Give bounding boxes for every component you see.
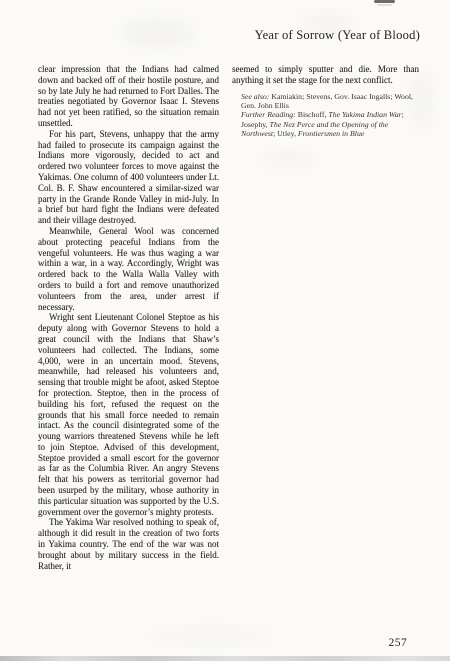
paragraph: Wright sent Lieutenant Colonel Steptoe a… xyxy=(38,312,219,517)
right-column-paragraphs: seemed to simply sputter and die. More t… xyxy=(232,64,419,86)
book-page-scan: Year of Sorrow (Year of Blood) clear imp… xyxy=(0,0,450,661)
author-name: ; Utley, xyxy=(273,129,298,138)
further-reading-entry: Further Reading: Bischoff, The Yakima In… xyxy=(241,110,419,138)
page-edge-shadow xyxy=(0,656,450,661)
paper-mottle xyxy=(150,628,270,644)
page-number: 257 xyxy=(389,637,407,649)
author-name: Bischoff, xyxy=(298,110,329,119)
see-also-label: See also: xyxy=(241,92,269,101)
scan-smudge-top xyxy=(374,0,395,3)
paragraph: clear impression that the Indians had ca… xyxy=(38,64,219,129)
book-title: Frontiersmen in Blue xyxy=(298,129,364,138)
left-column: clear impression that the Indians had ca… xyxy=(38,64,219,571)
text-columns: clear impression that the Indians had ca… xyxy=(38,64,419,571)
right-column: seemed to simply sputter and die. More t… xyxy=(232,64,419,571)
book-title: The Yakima Indian War xyxy=(328,110,401,119)
paragraph: Meanwhile, General Wool was concerned ab… xyxy=(38,226,219,312)
paragraph: For his part, Stevens, unhappy that the … xyxy=(38,129,219,226)
see-also-entry: See also: Kamiakin; Stevens, Gov. Isaac … xyxy=(241,92,419,111)
paragraph: seemed to simply sputter and die. More t… xyxy=(232,64,419,86)
further-reading-label: Further Reading: xyxy=(241,110,296,119)
scan-smudge-top-faint xyxy=(377,4,392,6)
paragraph: The Yakima War resolved nothing to speak… xyxy=(38,517,219,571)
running-header: Year of Sorrow (Year of Blood) xyxy=(0,28,420,43)
references-block: See also: Kamiakin; Stevens, Gov. Isaac … xyxy=(241,92,419,139)
